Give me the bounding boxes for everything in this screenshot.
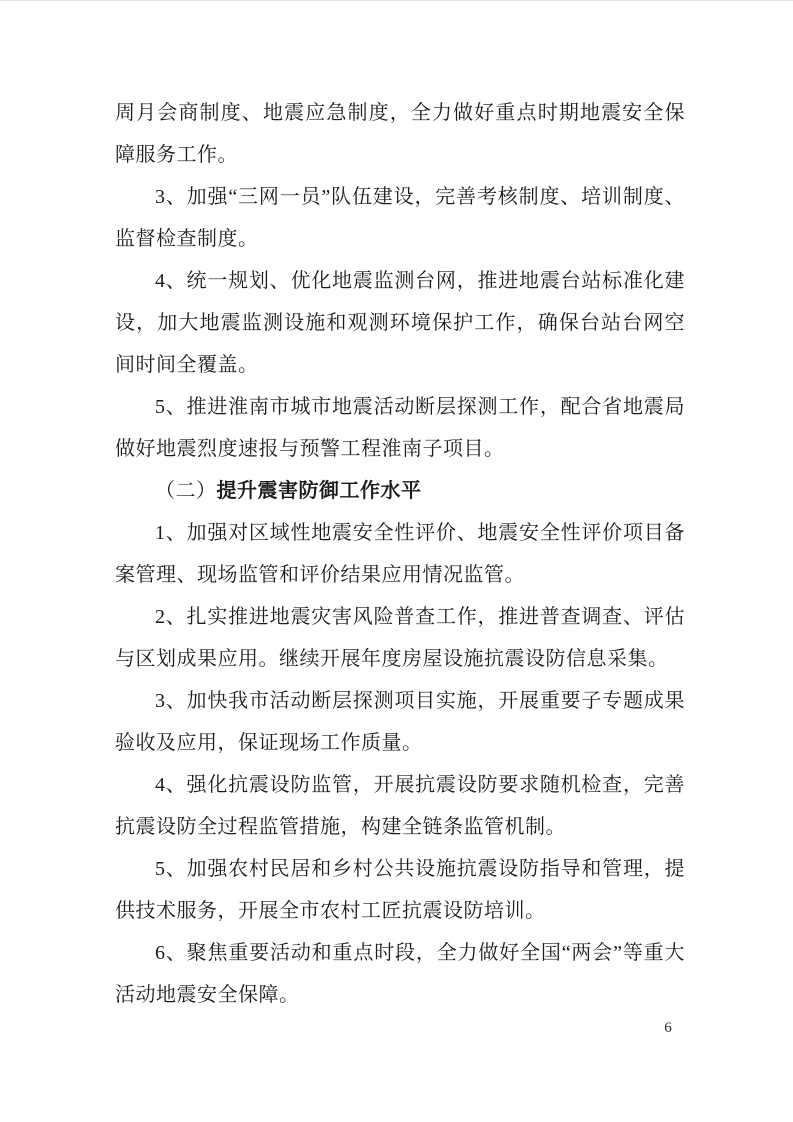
section-number: （二） — [155, 480, 217, 502]
paragraph-continuation: 周月会商制度、地震应急制度，全力做好重点时期地震安全保障服务工作。 — [115, 92, 685, 176]
paragraph-section-item-4: 4、强化抗震设防监管，开展抗震设防要求随机检查，完善抗震设防全过程监管措施，构建… — [115, 764, 685, 848]
document-page: 周月会商制度、地震应急制度，全力做好重点时期地震安全保障服务工作。 3、加强“三… — [0, 0, 793, 1122]
paragraph-section-item-3: 3、加快我市活动断层探测项目实施，开展重要子专题成果验收及应用，保证现场工作质量… — [115, 680, 685, 764]
paragraph-item-3: 3、加强“三网一员”队伍建设，完善考核制度、培训制度、监督检查制度。 — [115, 176, 685, 260]
page-top-edge — [0, 0, 793, 1]
paragraph-item-5: 5、推进淮南市城市地震活动断层探测工作，配合省地震局做好地震烈度速报与预警工程淮… — [115, 386, 685, 470]
section-title: 提升震害防御工作水平 — [217, 480, 422, 502]
document-body: 周月会商制度、地震应急制度，全力做好重点时期地震安全保障服务工作。 3、加强“三… — [115, 92, 685, 1016]
section-heading: （二）提升震害防御工作水平 — [115, 470, 685, 512]
paragraph-section-item-6: 6、聚焦重要活动和重点时段，全力做好全国“两会”等重大活动地震安全保障。 — [115, 932, 685, 1016]
paragraph-item-4: 4、统一规划、优化地震监测台网，推进地震台站标准化建设，加大地震监测设施和观测环… — [115, 260, 685, 386]
page-number: 6 — [655, 1020, 681, 1037]
paragraph-section-item-2: 2、扎实推进地震灾害风险普查工作，推进普查调查、评估与区划成果应用。继续开展年度… — [115, 596, 685, 680]
paragraph-section-item-1: 1、加强对区域性地震安全性评价、地震安全性评价项目备案管理、现场监管和评价结果应… — [115, 512, 685, 596]
paragraph-section-item-5: 5、加强农村民居和乡村公共设施抗震设防指导和管理，提供技术服务，开展全市农村工匠… — [115, 848, 685, 932]
